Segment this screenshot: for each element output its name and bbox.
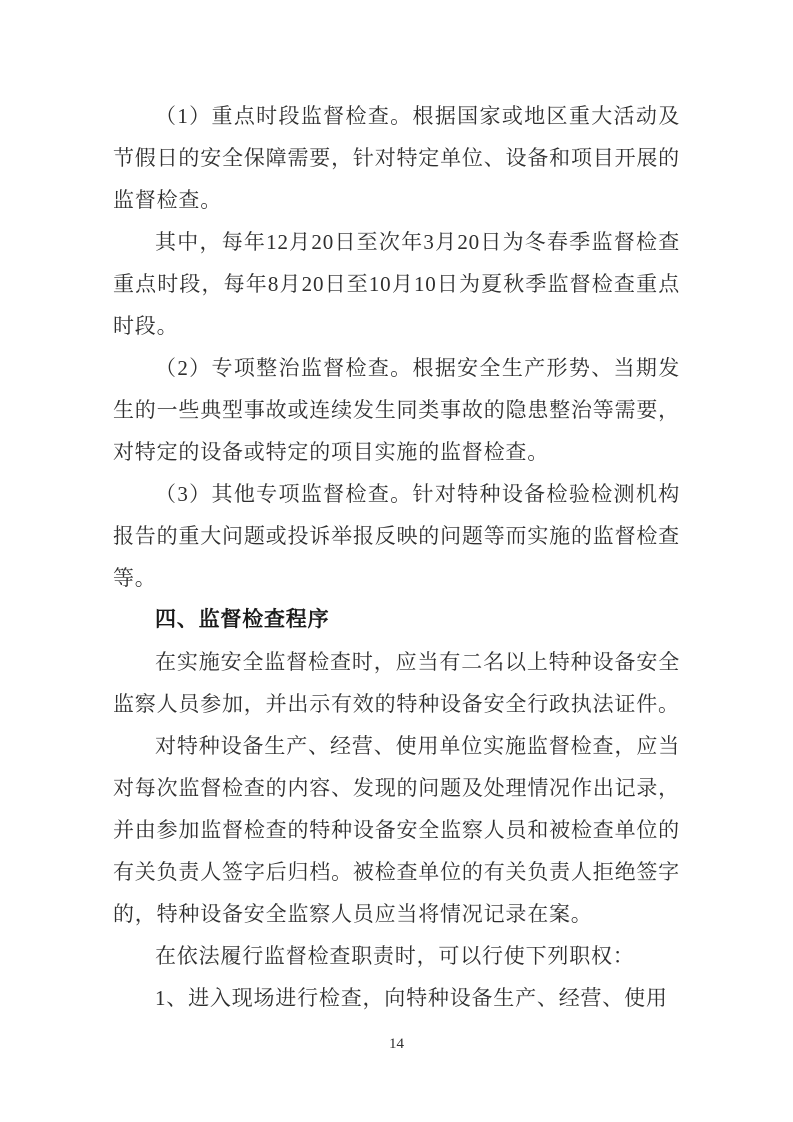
paragraph-inspection-records: 对特种设备生产、经营、使用单位实施监督检查，应当对每次监督检查的内容、发现的问题… xyxy=(113,725,680,935)
paragraph-key-period-inspection: （1）重点时段监督检查。根据国家或地区重大活动及节假日的安全保障需要，针对特定单… xyxy=(113,95,680,221)
document-body: （1）重点时段监督检查。根据国家或地区重大活动及节假日的安全保障需要，针对特定单… xyxy=(113,95,680,1019)
paragraph-two-inspectors-required: 在实施安全监督检查时，应当有二名以上特种设备安全监察人员参加，并出示有效的特种设… xyxy=(113,641,680,725)
paragraph-other-special-inspection: （3）其他专项监督检查。针对特种设备检验检测机构报告的重大问题或投诉举报反映的问… xyxy=(113,473,680,599)
page-number: 14 xyxy=(0,1036,793,1053)
paragraph-season-periods: 其中，每年12月20日至次年3月20日为冬春季监督检查重点时段，每年8月20日至… xyxy=(113,221,680,347)
document-page: （1）重点时段监督检查。根据国家或地区重大活动及节假日的安全保障需要，针对特定单… xyxy=(0,0,793,1122)
paragraph-power-item-1: 1、进入现场进行检查，向特种设备生产、经营、使用 xyxy=(113,977,680,1019)
paragraph-special-rectification-inspection: （2）专项整治监督检查。根据安全生产形势、当期发生的一些典型事故或连续发生同类事… xyxy=(113,347,680,473)
paragraph-duties-intro: 在依法履行监督检查职责时，可以行使下列职权： xyxy=(113,935,680,977)
section-heading-inspection-procedure: 四、监督检查程序 xyxy=(113,599,680,641)
